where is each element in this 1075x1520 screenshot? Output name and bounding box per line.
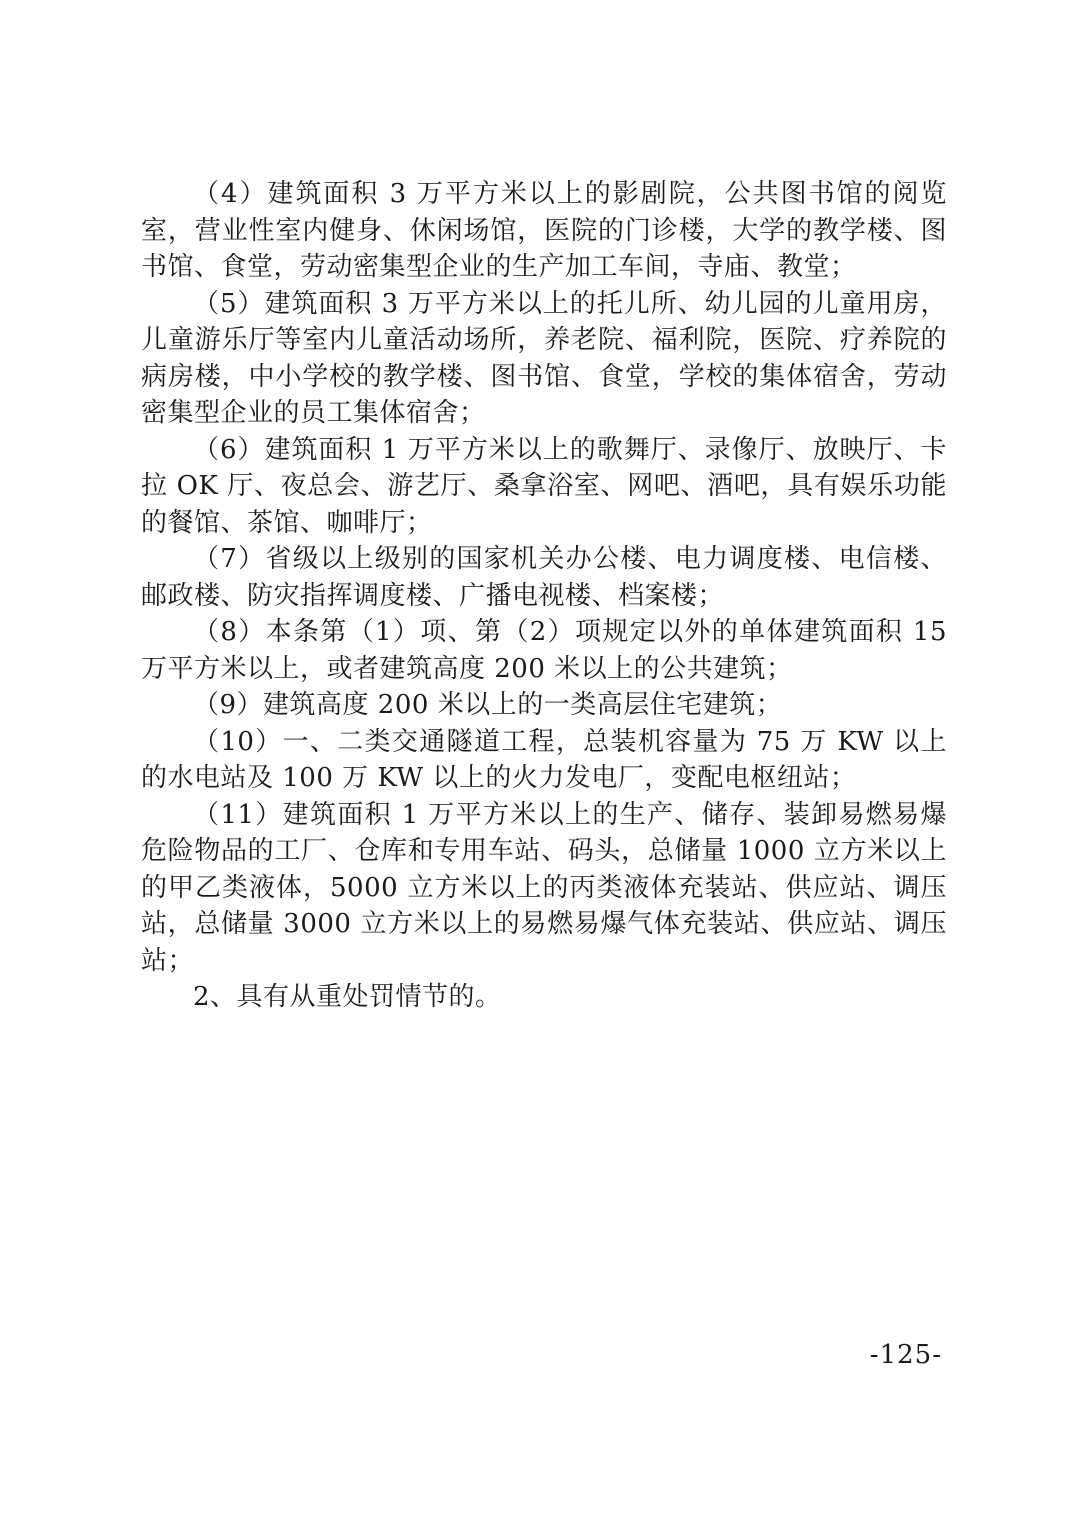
paragraph-item-4: （4）建筑面积 3 万平方米以上的影剧院，公共图书馆的阅览室，营业性室内健身、休… (141, 176, 947, 286)
paragraph-item-6: （6）建筑面积 1 万平方米以上的歌舞厅、录像厅、放映厅、卡拉 OK 厅、夜总会… (141, 432, 947, 542)
paragraph-item-8: （8）本条第（1）项、第（2）项规定以外的单体建筑面积 15 万平方米以上，或者… (141, 614, 947, 687)
paragraph-item-11: （11）建筑面积 1 万平方米以上的生产、储存、装卸易燃易爆危险物品的工厂、仓库… (141, 797, 947, 980)
paragraph-item-5: （5）建筑面积 3 万平方米以上的托儿所、幼儿园的儿童用房，儿童游乐厅等室内儿童… (141, 286, 947, 432)
document-page: （4）建筑面积 3 万平方米以上的影剧院，公共图书馆的阅览室，营业性室内健身、休… (0, 0, 1075, 1520)
paragraph-item-10: （10）一、二类交通隧道工程，总装机容量为 75 万 KW 以上的水电站及 10… (141, 724, 947, 797)
page-number: -125- (870, 1340, 942, 1370)
document-body: （4）建筑面积 3 万平方米以上的影剧院，公共图书馆的阅览室，营业性室内健身、休… (141, 176, 947, 1016)
paragraph-item-7: （7）省级以上级别的国家机关办公楼、电力调度楼、电信楼、邮政楼、防灾指挥调度楼、… (141, 541, 947, 614)
paragraph-item-2-aggravating: 2、具有从重处罚情节的。 (141, 979, 947, 1016)
paragraph-item-9: （9）建筑高度 200 米以上的一类高层住宅建筑； (141, 687, 947, 724)
